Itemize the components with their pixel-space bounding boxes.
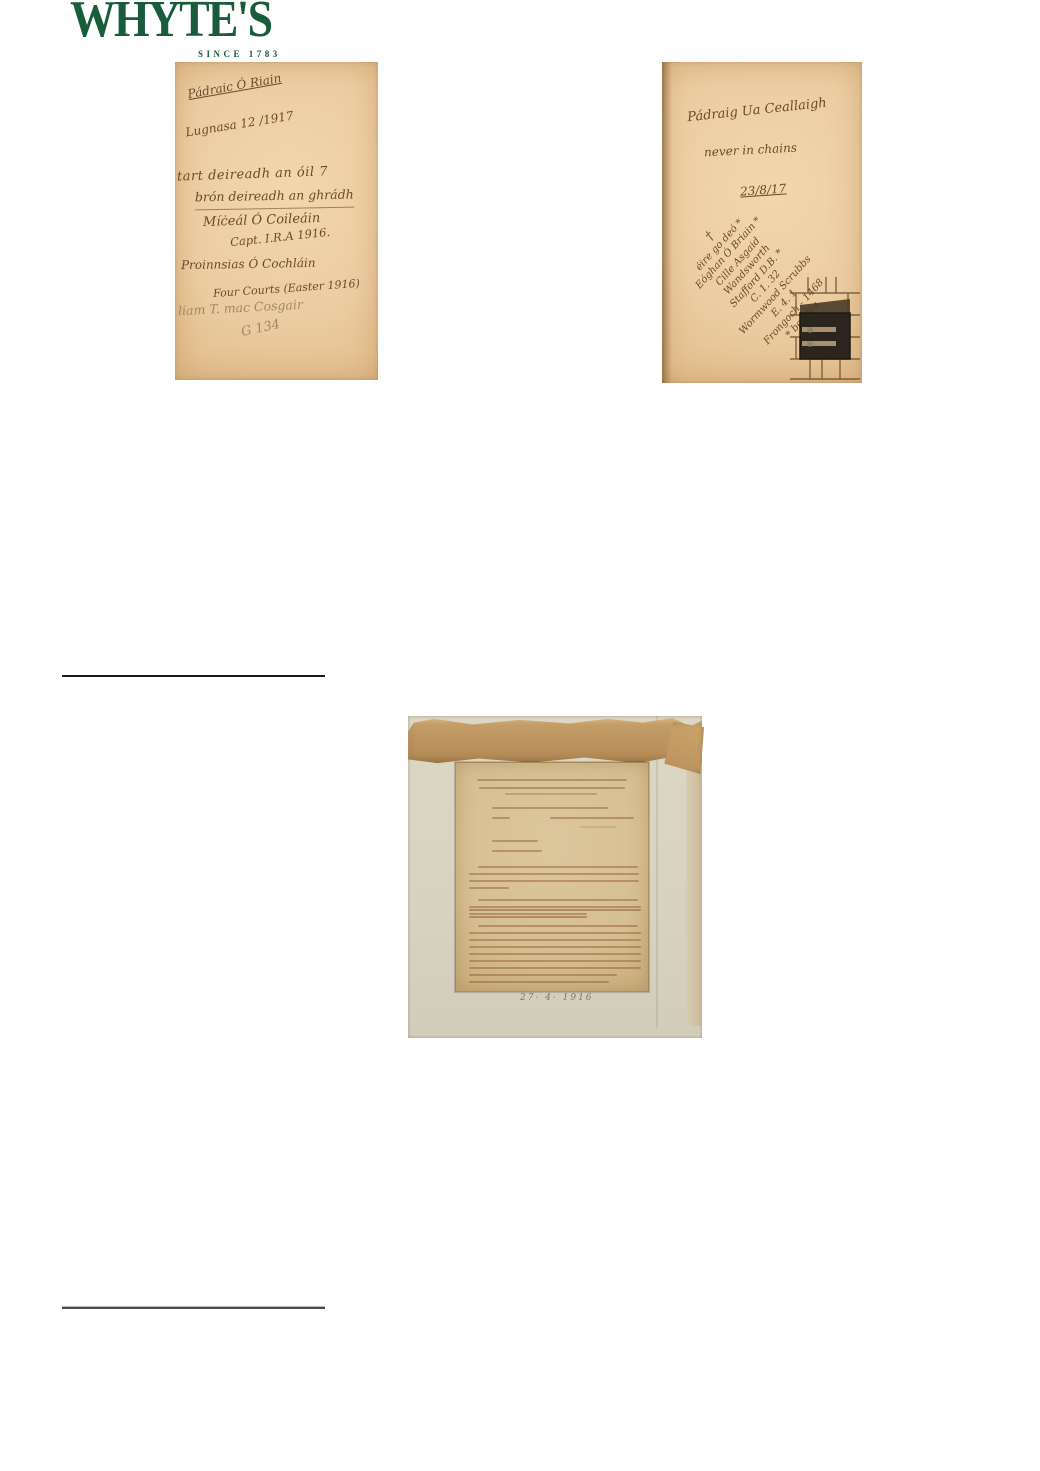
- brand-name: WHYTE'S: [70, 0, 271, 49]
- typed-text-line: [505, 793, 597, 795]
- typed-text-line: [469, 906, 641, 908]
- handwriting-line: brón deireadh an ghrádh: [195, 189, 354, 210]
- typed-text-line: [469, 880, 639, 882]
- typed-text-line: [492, 840, 538, 842]
- typed-text-line: [469, 981, 609, 983]
- typed-text-line: [469, 873, 639, 875]
- autograph-page-photo-left: Pádraic Ó Riain Lugnasa 12 /1917 tart de…: [175, 62, 378, 380]
- mount-fold-line: [656, 716, 658, 1028]
- typed-document-photo: 27· 4· 1916: [408, 716, 702, 1038]
- brand-tagline: SINCE 1783: [198, 49, 281, 59]
- typed-text-line: [469, 953, 641, 955]
- divider-rule-top: [62, 675, 325, 677]
- typed-text-line: [580, 826, 616, 828]
- typed-text-line: [469, 960, 641, 962]
- typed-text-line: [492, 817, 510, 819]
- typed-text-line: [478, 866, 638, 868]
- handwritten-date: 27· 4· 1916: [520, 993, 594, 1003]
- typed-text-line: [469, 967, 641, 969]
- handwriting-line: Capt. I.R.A 1916.: [230, 227, 331, 249]
- typed-text-line: [550, 817, 634, 819]
- typed-text-line: [469, 939, 641, 941]
- prison-window-sketch: [788, 275, 862, 383]
- typed-text-line: [469, 932, 641, 934]
- typewritten-page: [455, 762, 649, 992]
- typed-text-line: [477, 779, 627, 781]
- typed-text-line: [478, 899, 638, 901]
- handwriting-line: Lugnasa 12 /1917: [185, 110, 295, 139]
- handwriting-line: Pádraic Ó Riain: [187, 72, 283, 100]
- typed-text-line: [469, 946, 641, 948]
- handwriting-line: Pádraig Ua Ceallaigh: [687, 97, 828, 125]
- handwriting-line: Proinnsias Ó Cochláin: [181, 257, 316, 271]
- typed-text-line: [469, 887, 509, 889]
- typed-text-line: [469, 974, 617, 976]
- typed-text-line: [492, 850, 542, 852]
- handwriting-line: tart deireadh an óil 7: [177, 165, 328, 183]
- handwriting-line: G 134: [240, 318, 281, 339]
- typed-text-line: [469, 913, 587, 915]
- handwriting-line: Four Courts (Easter 1916): [213, 278, 360, 299]
- handwriting-line: liam T. mac Cosgair: [178, 299, 303, 318]
- kraft-paper-tape: [408, 718, 702, 764]
- divider-rule-bottom: [62, 1307, 325, 1309]
- catalogue-page: WHYTE'S SINCE 1783 Pádraic Ó Riain Lugna…: [0, 0, 1040, 1471]
- typed-text-line: [478, 925, 638, 927]
- typed-text-line: [479, 787, 625, 789]
- whytes-logo: WHYTE'S SINCE 1783: [60, 0, 300, 60]
- autograph-page-photo-right: Pádraig Ua Ceallaigh never in chains 23/…: [662, 62, 862, 383]
- typed-text-line: [492, 807, 608, 809]
- mount-right-edge: [686, 730, 702, 1026]
